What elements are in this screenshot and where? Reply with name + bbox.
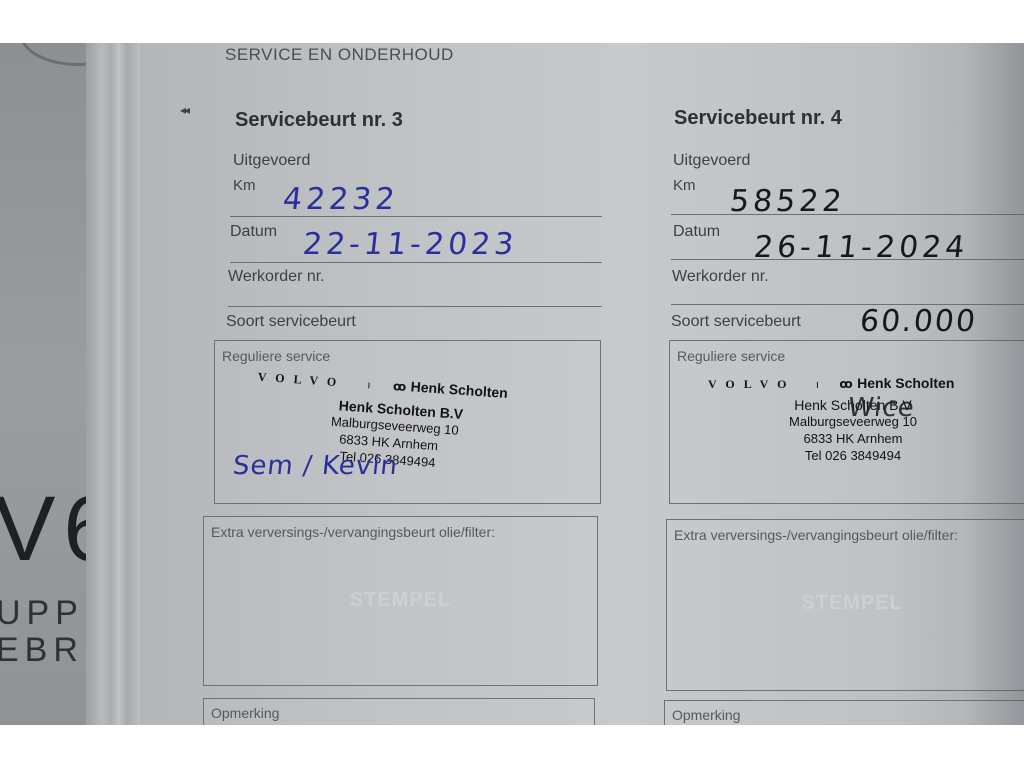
km-label: Km bbox=[673, 177, 696, 194]
stamp-dealer-logo-text: Henk Scholten bbox=[410, 378, 508, 401]
back-arrows-icon: ◂◂ bbox=[180, 103, 188, 117]
uitgevoerd-label: Uitgevoerd bbox=[233, 152, 310, 170]
extra-service-label: Extra verversings-/vervangingsbeurt olie… bbox=[211, 524, 495, 540]
signature-handwritten: Wice bbox=[846, 393, 916, 423]
service-entry-3: Servicebeurt nr. 3 Uitgevoerd Km 42232 D… bbox=[225, 43, 625, 725]
datum-value-handwritten: 22-11-2023 bbox=[301, 227, 519, 262]
service-title: Servicebeurt nr. 3 bbox=[235, 109, 403, 132]
regular-service-box: Reguliere service VOLVO ı ꝏ Henk Scholte… bbox=[214, 340, 601, 504]
regular-service-label: Reguliere service bbox=[222, 348, 330, 364]
stamp-dealer-logo-text: Henk Scholten bbox=[857, 375, 954, 391]
stamp-brand: VOLVO bbox=[257, 370, 345, 390]
extra-service-box: Extra verversings-/vervangingsbeurt olie… bbox=[203, 516, 598, 686]
remark-box: Opmerking bbox=[203, 698, 595, 725]
datum-label: Datum bbox=[673, 223, 720, 241]
soort-value-handwritten: 60.000 bbox=[858, 304, 979, 339]
uitgevoerd-label: Uitgevoerd bbox=[673, 152, 750, 170]
soort-label: Soort servicebeurt bbox=[671, 313, 801, 331]
datum-label: Datum bbox=[230, 223, 277, 241]
km-label: Km bbox=[233, 177, 256, 194]
page-edge-stack bbox=[86, 43, 141, 725]
dealer-logo-icon: ꝏ bbox=[839, 377, 852, 391]
service-page: SERVICE EN ONDERHOUD ◂◂ Servicebeurt nr.… bbox=[140, 43, 1024, 725]
werkorder-label: Werkorder nr. bbox=[672, 268, 769, 286]
booklet-photo: V6 UPPL EBRU SERVICE EN ONDERHOUD ◂◂ Ser… bbox=[0, 43, 1024, 725]
regular-service-label: Reguliere service bbox=[677, 348, 785, 364]
werkorder-rule bbox=[228, 306, 602, 307]
signature-handwritten: Sem / Kevin bbox=[231, 451, 399, 481]
datum-rule bbox=[230, 262, 602, 263]
km-rule bbox=[230, 216, 602, 217]
soort-label: Soort servicebeurt bbox=[226, 313, 356, 331]
stamp-placeholder: STEMPEL bbox=[204, 589, 597, 612]
werkorder-label: Werkorder nr. bbox=[228, 268, 325, 286]
remark-label: Opmerking bbox=[672, 707, 740, 723]
km-value-handwritten: 42232 bbox=[281, 182, 400, 217]
page-shadow bbox=[964, 43, 1024, 725]
service-title: Servicebeurt nr. 4 bbox=[674, 107, 842, 130]
extra-service-label: Extra verversings-/vervangingsbeurt olie… bbox=[674, 527, 958, 543]
remark-label: Opmerking bbox=[211, 705, 279, 721]
stamp-brand: VOLVO bbox=[708, 377, 795, 391]
dealer-logo-icon: ꝏ bbox=[393, 379, 407, 394]
